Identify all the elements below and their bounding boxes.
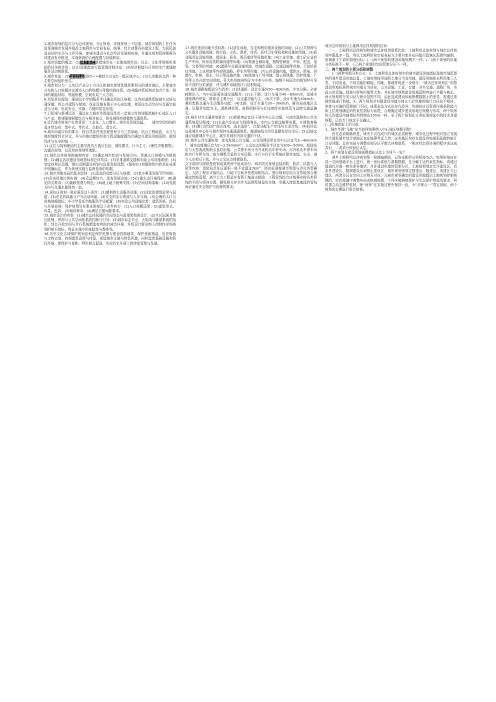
text-column-1: 1.城市规划的层次分为总体规划、分区规划、详细规划三个层面。城市规划的工作任务是… xyxy=(44,42,176,654)
paragraph: 12.城市总体规划的编制内容：(1)确定城市性质与发展方向，预测人口规模与用地规… xyxy=(44,153,176,172)
paragraph: 4.城市划分为：人类以产业分工为分区和城市规划管理需要划分的城市地区，主要城市分… xyxy=(44,84,176,98)
text-column-3-content: 城市总体规划与土地利用总体规划的区别 一、土地利用总体规划和城市总体规划联系比较… xyxy=(325,44,457,192)
paragraph: 14.居住区规划一般应满足以下条件：(1)便利的生活服务设施；(2)适宜的建筑密… xyxy=(44,190,176,213)
paragraph: 9.城市用地评价的要点：按自然条件适宜程度划分为三类用地，结合工程地质、水文与地… xyxy=(44,130,176,144)
paragraph: 16.历史文化名城保护规划应划定保护范围与建设控制地带，保护传统格局、历史街巷与… xyxy=(44,232,176,246)
paragraph: 2.城市职能的概念：(1)城市职能是指城市在一定地域的经济、社会、文化等领域所承… xyxy=(44,61,176,75)
paragraph: 15.城市设计的内容：(1)城市总体层面的空间形态与景观架构的设计；(2)片区层… xyxy=(44,214,176,233)
paragraph: 1.城市规划的层次分为总体规划、分区规划、详细规划三个层面。城市规划的工作任务是… xyxy=(44,42,176,61)
paragraph: 城乡土地利用总体规划第一轮修编期间，已形成新的分类衔接办法。规划衔接应在同一空间… xyxy=(325,155,457,192)
text-column-1-content: 1.城市规划的层次分为总体规划、分区规划、详细规划三个层面。城市规划的工作任务是… xyxy=(44,42,176,246)
paragraph: (一)两种用地分类方式：1、土地利用总体规划中的城市建设用地指标是指市域范围内的… xyxy=(325,72,457,123)
paragraph: 20.城市公共交通规划：优先发展公共交通，公交线网密度在市中心区宜为3—4km/… xyxy=(185,139,317,162)
paragraph-text: 3.城市性质：(1) xyxy=(44,74,70,78)
paragraph: 文字说明与图纸是规划成果的两个组成部分。城市防灾规划包括消防、防洪、抗震与人防等… xyxy=(185,162,317,190)
highlighted-term[interactable]: 城市职能 xyxy=(80,61,95,65)
paragraph: 17.城市建设用地分类标准：(1)居住用地，住宅和相应服务设施的用地；(2)公共… xyxy=(185,46,317,88)
text-column-3: 城市总体规划与土地利用总体规划的区别 一、土地利用总体规划和城市总体规划联系比较… xyxy=(325,44,457,489)
text-column-2: 17.城市建设用地分类标准：(1)居住用地，住宅和相应服务设施的用地；(2)公共… xyxy=(185,46,317,477)
paragraph: 18.城市道路按级别分为四类：(1)快速路，设计车速为50—80km/h，中央分… xyxy=(185,88,317,116)
text-column-2-content: 17.城市建设用地分类标准：(1)居住用地，住宅和相应服务设施的用地；(2)公共… xyxy=(185,46,317,190)
paragraph: 8.近代城市规划产生的背景：工业化、人口增长、城市化发展迅猛。 城市空间结构的基… xyxy=(44,121,176,130)
document-page: 1.城市规划的层次分为总体规划、分区规划、详细规划三个层面。城市规划的工作任务是… xyxy=(0,0,496,702)
paragraph: 13.城市用地布局的基本原则：(1)适宜的功能分区与规模；(2)集中紧凑发展节约… xyxy=(44,172,176,191)
paragraph: 19.城市对外交通规划要点：(1)铁路客站宜设于城市中心区边缘，与城市道路和公共… xyxy=(185,116,317,139)
paragraph-text: 2.城市职能的概念：(1) xyxy=(44,61,80,65)
highlighted-term[interactable]: 城市性质 xyxy=(70,74,85,78)
paragraph: 11.区位与规划理论的主要学派有古典区位论、理性模式、行为主义、(理性决策模型)… xyxy=(44,144,176,153)
paragraph: 3.城市性质：(1)城市性质(用O—+概括方式)(2)一级区域中心；(3)人类聚… xyxy=(44,74,176,83)
paragraph: 一、土地利用总体规划和城市总体规划联系比较：土地利用总体规划与城市总体规划年限基… xyxy=(325,49,457,68)
paragraph: 7.卫星城与新城运动：通过在大城市外围建设具有一定独立性的城镇疏解中心城区人口与… xyxy=(44,112,176,121)
paragraph: 首先必须明确的是，城市不仅连成片的城区必须统筹，城市化过程中相对独立发展的大面积… xyxy=(325,132,457,151)
paragraph: 6.邻里单位理论：强调以小学的服务半径确定居住区规模，以内部道路系统减少过境交通… xyxy=(44,98,176,112)
